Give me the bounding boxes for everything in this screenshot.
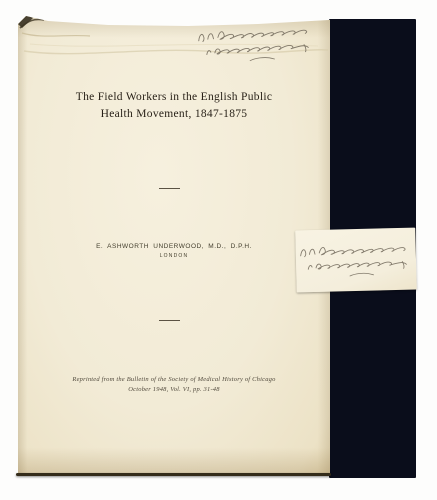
author-location: LONDON — [18, 253, 330, 259]
inserted-note-card — [295, 228, 416, 293]
crease-marks — [18, 15, 330, 75]
page-bottom-shadow — [16, 473, 331, 476]
author-name: E. ASHWORTH UNDERWOOD, M.D., D.P.H. — [18, 243, 330, 250]
imprint-line1: Reprinted from the Bulletin of the Socie… — [18, 375, 330, 385]
imprint-line2: October 1948, Vol. VI, pp. 31-48 — [18, 385, 330, 395]
handwritten-inscription-card — [297, 233, 413, 285]
separator-rule-bottom — [159, 320, 180, 321]
page-title-line2: Health Movement, 1847-1875 — [18, 106, 330, 123]
scanned-document: The Field Workers in the English Public … — [0, 0, 437, 500]
pamphlet-title-page: The Field Workers in the English Public … — [18, 15, 330, 475]
author-block: E. ASHWORTH UNDERWOOD, M.D., D.P.H. LOND… — [18, 243, 330, 259]
page-title-line1: The Field Workers in the English Public — [18, 89, 330, 106]
page-title: The Field Workers in the English Public … — [18, 89, 330, 123]
separator-rule-top — [159, 188, 180, 189]
imprint-block: Reprinted from the Bulletin of the Socie… — [18, 375, 330, 394]
